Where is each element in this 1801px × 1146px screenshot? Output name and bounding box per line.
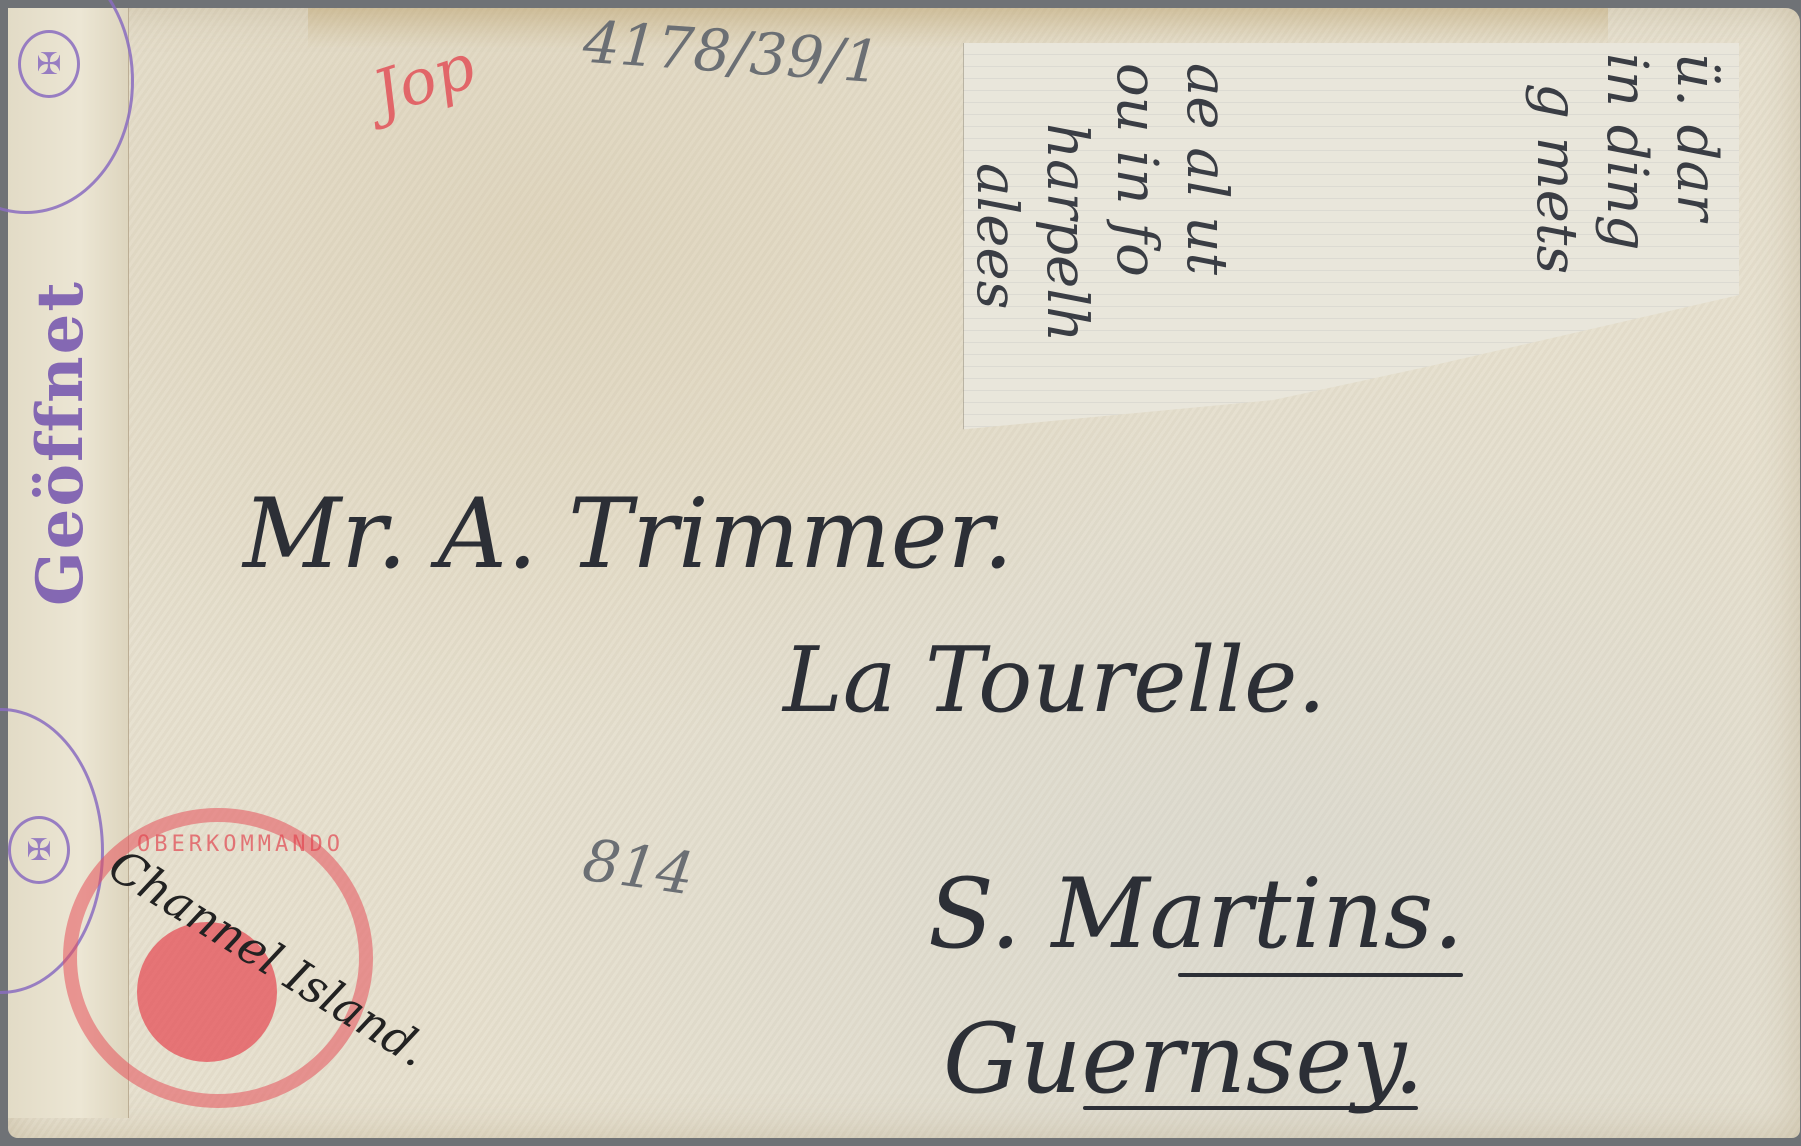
envelope: Geöffnet ✠ ✠ OBERKOMMANDO Jop 4178/39/1 … xyxy=(8,8,1800,1138)
island-underline xyxy=(1083,1106,1418,1110)
red-stamp-text: OBERKOMMANDO xyxy=(137,832,344,857)
letter-fragment: ou in fo xyxy=(1104,63,1169,277)
top-stain xyxy=(308,8,1608,48)
eagle-seal-icon: ✠ xyxy=(18,30,80,98)
letter-fragment: alees xyxy=(964,163,1029,309)
letter-insert: ü. dar in ding g mets ae al ut ou in fo … xyxy=(963,43,1739,463)
letter-fragment: in ding xyxy=(1594,53,1659,250)
address-island: Guernsey. xyxy=(943,1003,1424,1115)
letter-fragment: harpelh xyxy=(1034,123,1099,342)
parish-underline xyxy=(1178,973,1463,977)
pencil-number: 814 xyxy=(579,826,698,909)
letter-fragment: ü. dar xyxy=(1664,53,1729,221)
address-parish: S. Martins. xyxy=(928,858,1464,970)
address-name: Mr. A. Trimmer. xyxy=(243,478,1013,590)
censor-label: Geöffnet xyxy=(16,278,106,608)
letter-fragment: ae al ut xyxy=(1174,63,1239,275)
letter-fragment: g mets xyxy=(1524,83,1589,274)
address-house: La Tourelle. xyxy=(783,628,1326,733)
eagle-seal-icon: ✠ xyxy=(8,816,70,884)
